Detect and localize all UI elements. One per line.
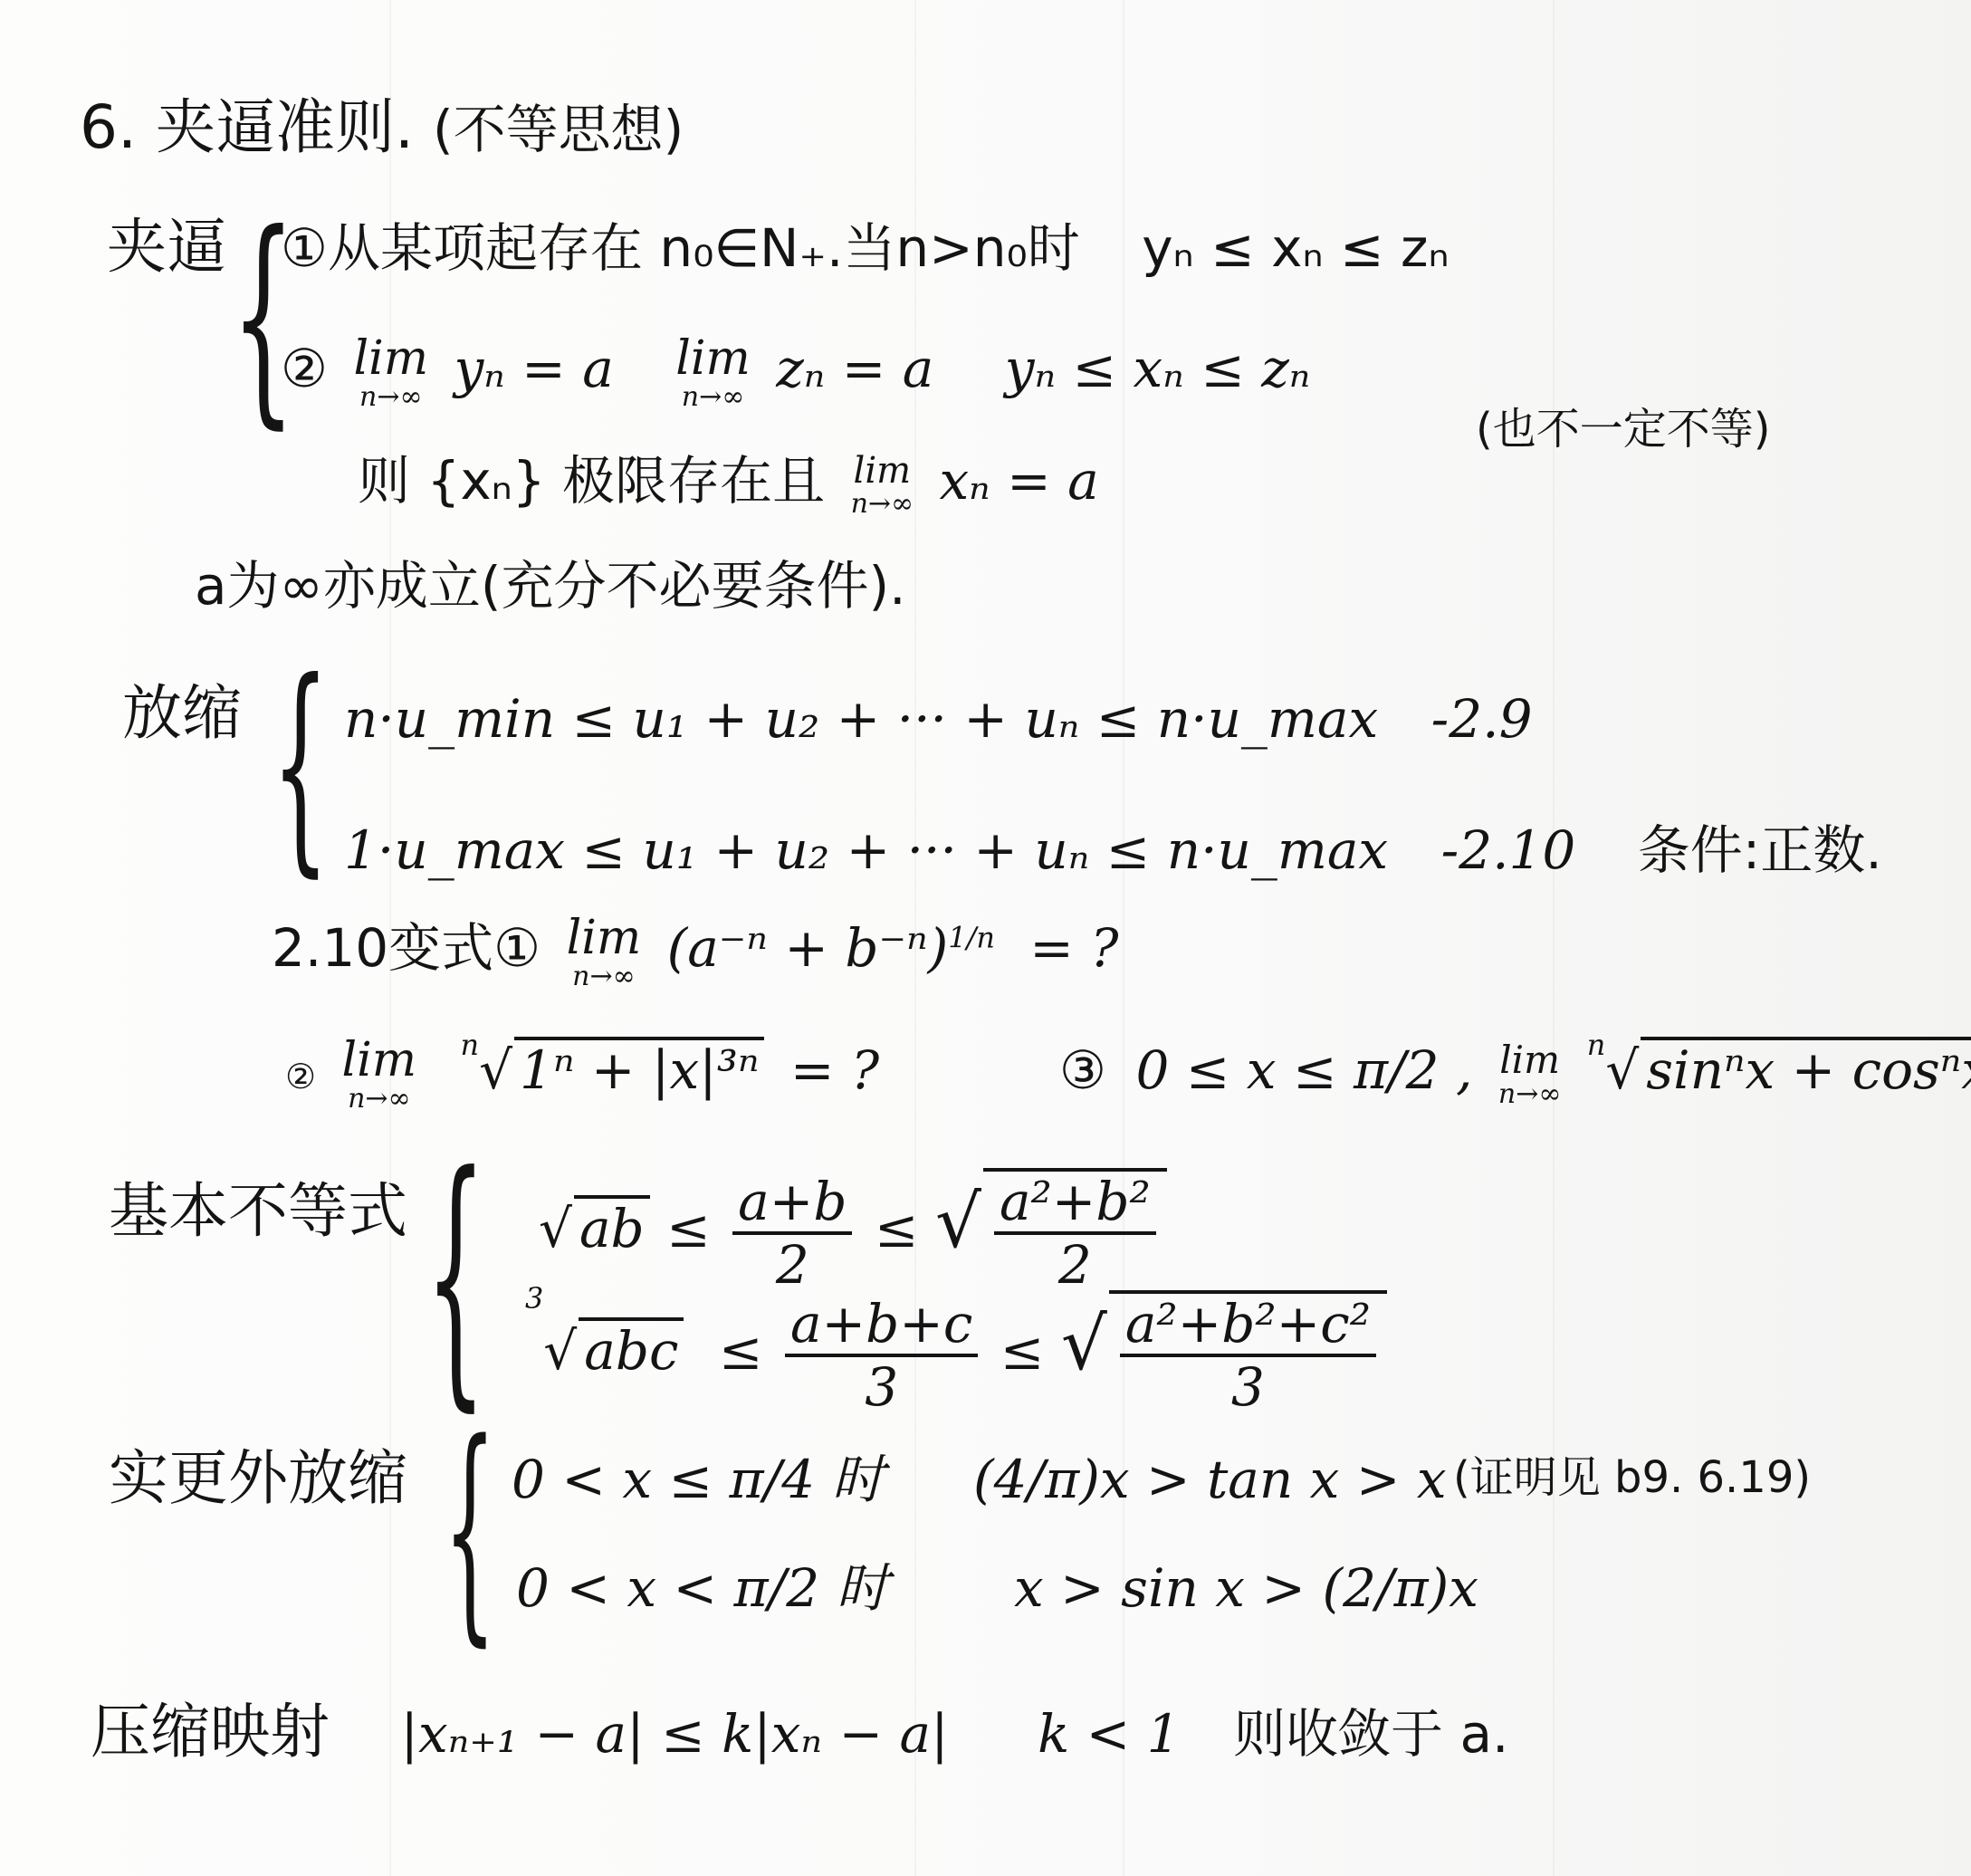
limit-operator: limn→∞: [342, 1037, 417, 1113]
radicand: abc: [579, 1317, 684, 1377]
bleed-through-line: [1553, 0, 1555, 1876]
limit-operator: limn→∞: [1498, 1041, 1561, 1108]
limit-y-expr: yₙ = a: [454, 338, 613, 399]
condition-1-text: ①从某项起存在 n₀∈N₊.当n>n₀时: [281, 217, 1080, 279]
radicand: sinⁿx + cosⁿx: [1641, 1037, 1971, 1096]
squeeze-condition-2: ② limn→∞ yₙ = a limn→∞ zₙ = a yₙ ≤ xₙ ≤ …: [281, 335, 1310, 411]
section-note: (不等思想): [433, 99, 684, 160]
scaling-ineq-1: n·u_min ≤ u₁ + u₂ + ··· + uₙ ≤ n·u_max: [344, 688, 1378, 750]
scaling-line-1: n·u_min ≤ u₁ + u₂ + ··· + uₙ ≤ n·u_max -…: [344, 693, 1533, 745]
limit-z-expr: zₙ = a: [776, 338, 933, 399]
condition-2-prefix: ②: [281, 338, 328, 399]
fraction: a²+b²+c²3: [1120, 1297, 1376, 1413]
row-1-expression: (4/π)x > tan x > x: [973, 1449, 1447, 1510]
scaling-label: 放缩: [122, 684, 242, 743]
contraction-result: 则收敛于 a.: [1233, 1703, 1508, 1765]
basic-ineq-row-1: √ab ≤ a+b2 ≤ √a²+b²2: [539, 1168, 1167, 1291]
variant-1: 2.10变式① limn→∞ (a⁻ⁿ + b⁻ⁿ)1/n = ?: [272, 914, 1118, 991]
limit-operator: limn→∞: [353, 335, 428, 411]
condition-note: 条件:正数.: [1638, 819, 1882, 881]
le-symbol: ≤: [666, 1198, 711, 1259]
basic-ineq-row-2: 3√abc ≤ a+b+c3 ≤ √a²+b²+c²3: [525, 1290, 1387, 1413]
condition-2-math: yₙ ≤ xₙ ≤ zₙ: [1005, 338, 1311, 399]
conclusion-expr: xₙ = a: [939, 450, 1098, 512]
le-symbol: ≤: [1000, 1320, 1045, 1382]
radicand: ab: [574, 1195, 650, 1255]
condition-1-math: yₙ ≤ xₙ ≤ zₙ: [1142, 217, 1449, 279]
fraction: a²+b²2: [994, 1175, 1156, 1291]
limit-operator: limn→∞: [675, 335, 751, 411]
variant-1-exponent: 1/n: [948, 921, 995, 955]
variant-2: ② limn→∞ n√1ⁿ + |x|³ⁿ = ?: [285, 1037, 879, 1113]
contraction-line: 压缩映射 |xₙ₊₁ − a| ≤ k|xₙ − a| k < 1 则收敛于 a…: [91, 1702, 1508, 1762]
radicand: 1ⁿ + |x|³ⁿ: [514, 1037, 764, 1096]
equation-tag: -2.10: [1441, 819, 1576, 881]
proof-reference-note: (证明见 b9. 6.19): [1453, 1456, 1811, 1499]
famous-row-1: 0 < x ≤ π/4 时 (4/π)x > tan x > x: [512, 1453, 1447, 1506]
root-index: n: [1587, 1028, 1606, 1062]
scaling-line-2: 1·u_max ≤ u₁ + u₂ + ··· + uₙ ≤ n·u_max -…: [344, 824, 1882, 876]
variant-label: 2.10变式①: [272, 917, 541, 979]
contraction-condition: k < 1: [1038, 1703, 1181, 1765]
left-brace: {: [272, 652, 330, 878]
contraction-label: 压缩映射: [91, 1697, 330, 1766]
question-mark: = ?: [1029, 917, 1118, 979]
fraction: a+b2: [732, 1175, 852, 1291]
variant-3-condition: 0 ≤ x ≤ π/2 ,: [1135, 1039, 1472, 1101]
section-number: 6.: [80, 92, 137, 162]
side-note: (也不一定不等): [1476, 407, 1770, 451]
section-title: 夹逼准则.: [156, 92, 414, 162]
row-2-expression: x > sin x > (2/π)x: [1014, 1557, 1478, 1619]
variant-2-prefix: ②: [285, 1057, 316, 1096]
squeeze-remark: a为∞亦成立(充分不必要条件).: [195, 560, 906, 612]
basic-ineq-label: 基本不等式: [109, 1182, 407, 1241]
squeeze-condition-1: ①从某项起存在 n₀∈N₊.当n>n₀时 yₙ ≤ xₙ ≤ zₙ: [281, 222, 1450, 274]
row-1-condition: 0 < x ≤ π/4 时: [512, 1449, 885, 1510]
conclusion-text: 则 {xₙ} 极限存在且: [358, 450, 825, 512]
variant-3: ③ 0 ≤ x ≤ π/2 , limn→∞ n√sinⁿx + cosⁿx =…: [1059, 1037, 1971, 1108]
question-mark: = ?: [790, 1039, 879, 1101]
section-heading: 6. 夹逼准则. (不等思想): [80, 98, 684, 158]
limit-operator: limn→∞: [851, 453, 914, 518]
contraction-expr: |xₙ₊₁ − a| ≤ k|xₙ − a|: [400, 1703, 948, 1765]
variant-3-prefix: ③: [1059, 1039, 1106, 1101]
scaling-ineq-2: 1·u_max ≤ u₁ + u₂ + ··· + uₙ ≤ n·u_max: [344, 819, 1388, 881]
root-index: 3: [525, 1281, 543, 1316]
equation-tag: -2.9: [1431, 688, 1533, 750]
fraction: a+b+c3: [785, 1297, 978, 1413]
le-symbol: ≤: [719, 1320, 763, 1382]
left-brace: {: [426, 1141, 486, 1412]
variant-1-expr: (a⁻ⁿ + b⁻ⁿ): [667, 917, 949, 979]
left-brace: {: [444, 1412, 496, 1648]
famous-scaling-label: 实更外放缩: [109, 1449, 407, 1508]
root-index: n: [461, 1028, 480, 1062]
limit-operator: limn→∞: [567, 914, 642, 991]
squeeze-conclusion: 则 {xₙ} 极限存在且 limn→∞ xₙ = a: [358, 453, 1099, 518]
squeeze-label: 夹逼: [107, 217, 226, 277]
row-2-condition: 0 < x < π/2 时: [516, 1557, 889, 1619]
le-symbol: ≤: [875, 1198, 919, 1259]
famous-row-2: 0 < x < π/2 时 x > sin x > (2/π)x: [516, 1562, 1478, 1614]
